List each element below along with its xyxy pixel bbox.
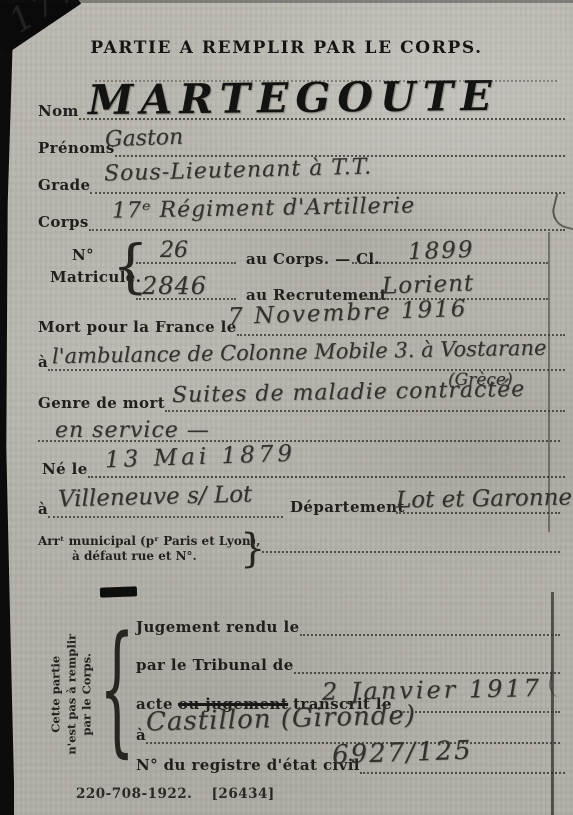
dotted-line [88, 472, 565, 478]
dotted-line [294, 668, 560, 674]
field-jugement: Jugement rendu le [136, 618, 560, 636]
arrondissement-label-line2: à défaut rue et N°. [72, 549, 197, 563]
lieu-mort-label: à [38, 353, 48, 371]
lieu-transcription-label: à [136, 726, 146, 744]
dotted-line [300, 630, 560, 636]
lieu-naissance-value: Villeneuve s/ Lot [58, 481, 253, 512]
handwritten-reference-number: 177368 [2, 0, 153, 42]
dotted-line [90, 188, 565, 194]
matricule-recrutement-value: 2846 [142, 272, 207, 300]
tribunal-label: par le Tribunal de [136, 656, 294, 674]
nom-value-stamp: MARTEGOUTE [88, 72, 499, 124]
grade-label: Grade [38, 176, 90, 194]
side-note-line3: par le Corps. [80, 604, 96, 784]
genre-mort-value-line2: en service — [55, 418, 210, 443]
dotted-line [89, 225, 565, 231]
dotted-line [48, 512, 283, 518]
matricule-corps-value: 26 [160, 238, 188, 263]
side-note-vertical: Cette partie n'est pas à remplir par le … [49, 604, 96, 784]
arrondissement-brace: } [240, 526, 265, 572]
lieu-naissance-label: à [38, 500, 48, 518]
departement-value: Lot et Garonne [396, 484, 572, 513]
dotted-line [237, 330, 565, 336]
prenoms-label: Prénoms [38, 139, 115, 157]
au-corps-label: au Corps. — Cl. [246, 250, 380, 268]
scan-edge-left [0, 0, 14, 815]
print-code: 220-708-1922. [76, 786, 192, 802]
corps-label: Corps [38, 213, 89, 231]
genre-mort-label: Genre de mort [38, 394, 165, 412]
form-print-code: 220-708-1922. [26434] [76, 786, 275, 802]
prenoms-value: Gaston [105, 125, 184, 153]
page-title: PARTIE A REMPLIR PAR LE CORPS. [0, 38, 573, 58]
death-record-card: 177368 PARTIE A REMPLIR PAR LE CORPS. No… [0, 0, 573, 815]
dotted-line [262, 551, 560, 553]
ne-le-label: Né le [42, 460, 88, 478]
corps-value: 17ᵉ Régiment d'Artillerie [112, 193, 416, 223]
side-note-line1: Cette partie [49, 604, 65, 784]
nom-label: Nom [38, 102, 79, 120]
matricule-label-line1: N° [72, 246, 94, 264]
mort-label: Mort pour la France le [38, 318, 237, 336]
registre-label: N° du registre d'état civil [136, 756, 360, 774]
civil-section-brace: { [99, 606, 135, 772]
dotted-line [392, 707, 560, 713]
registre-value: 6927/125 [332, 736, 474, 771]
departement-label: Département [290, 498, 405, 516]
classe-value: 1899 [408, 237, 475, 265]
arrondissement-label-line1: Arrᵗ municipal (pʳ Paris et Lyon), [38, 534, 260, 548]
jugement-label: Jugement rendu le [136, 618, 300, 636]
ink-blot [100, 586, 137, 597]
dotted-line [360, 768, 565, 774]
side-note-line2: n'est pas à remplir [64, 604, 80, 784]
field-tribunal: par le Tribunal de [136, 656, 560, 674]
print-code-bracket: [26434] [212, 786, 275, 802]
